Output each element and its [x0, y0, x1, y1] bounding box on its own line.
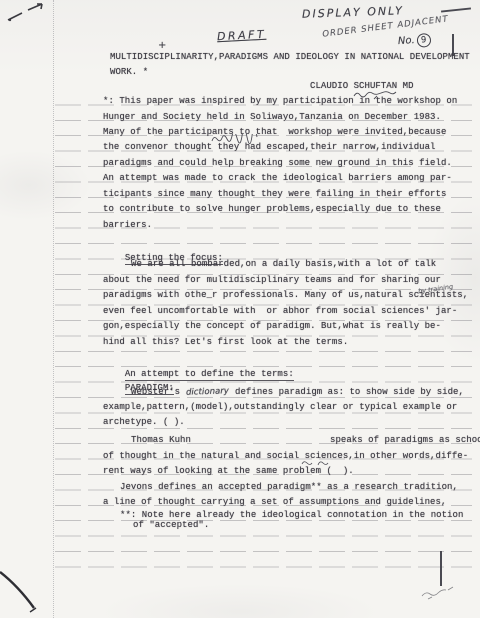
kuhn-line: Thomas Kuhn [131, 435, 191, 445]
footnote-line: ticipants since many thought they were f… [103, 189, 446, 199]
display-only-annotation: DISPLAY ONLY [302, 4, 404, 21]
footnote-line: *: This paper was inspired by my partici… [103, 96, 457, 106]
footnote-line: Many of the participants to that worksho… [103, 127, 446, 137]
pen-dash-mark [441, 7, 471, 12]
focus-line: even feel uncomfortable with or abhor fr… [103, 306, 457, 316]
jevons-line: Jevons defines an accepted paradigm** as… [120, 482, 458, 492]
focus-line: hind all this? Let's first look at the t… [103, 337, 348, 347]
footnote-line: paradigms and could help breaking some n… [103, 158, 452, 168]
focus-line: paradigms with othe_r professionals. Man… [103, 290, 468, 300]
focus-line: about the need for multidisciplinary tea… [103, 275, 441, 285]
footnote-line: barriers. [103, 220, 152, 230]
webster-line: example,pattern,(model),outstandingly cl… [103, 402, 457, 412]
webster-post: defines paradigm as: to show side by sid… [235, 387, 464, 397]
webster-line: Webster'sdictionarydefines paradigm as: … [131, 387, 464, 397]
footnote-line: the convenor thought they had escaped,th… [103, 142, 436, 152]
focus-line: gon,especially the concept of paradigm. … [103, 321, 441, 331]
note-line: of "accepted". [133, 520, 209, 530]
circled-number: 9 [416, 33, 431, 48]
kuhn-line: speaks of paradigms as schools [330, 435, 480, 445]
scanned-document-page: DISPLAY ONLY ORDER SHEET ADJACENT No.9 D… [0, 0, 480, 618]
page-number-annotation: No.9 [398, 33, 432, 49]
illegible-scribble [210, 134, 262, 144]
pen-vertical-stroke [440, 551, 442, 586]
footnote-line: Hunger and Society held in Soliwayo,Tanz… [103, 112, 441, 122]
pen-diagonal-stroke [0, 568, 48, 618]
kuhn-line: of thought in the natural and social sci… [103, 451, 468, 461]
plus-mark-annotation: + [158, 40, 166, 51]
focus-line: We are all bombarded,on a daily basis,wi… [131, 259, 436, 269]
illegible-scribble [418, 584, 468, 602]
left-margin-line [53, 0, 54, 618]
footnote-line: An attempt was made to crack the ideolog… [103, 173, 452, 183]
kuhn-line: rent ways of looking at the same problem… [103, 466, 354, 476]
jevons-line: a line of thought carrying a set of assu… [103, 497, 446, 507]
dictionary-insert: dictionary [186, 386, 229, 397]
illegible-scribble [300, 459, 330, 467]
pen-arrow-mark [4, 0, 56, 24]
webster-line: archetype. ( ). [103, 417, 185, 427]
footnote-line: to contribute to solve hunger problems,e… [103, 204, 441, 214]
page-number-label: No. [398, 35, 416, 47]
note-line: **: Note here already the ideological co… [120, 510, 463, 520]
title-line-2: WORK. * [110, 67, 148, 77]
title-line-1: MULTIDISCIPLINARITY,PARADIGMS AND IDEOLO… [110, 52, 470, 62]
draft-annotation: DRAFT [217, 28, 267, 44]
webster-pre: Webster's [131, 387, 180, 397]
